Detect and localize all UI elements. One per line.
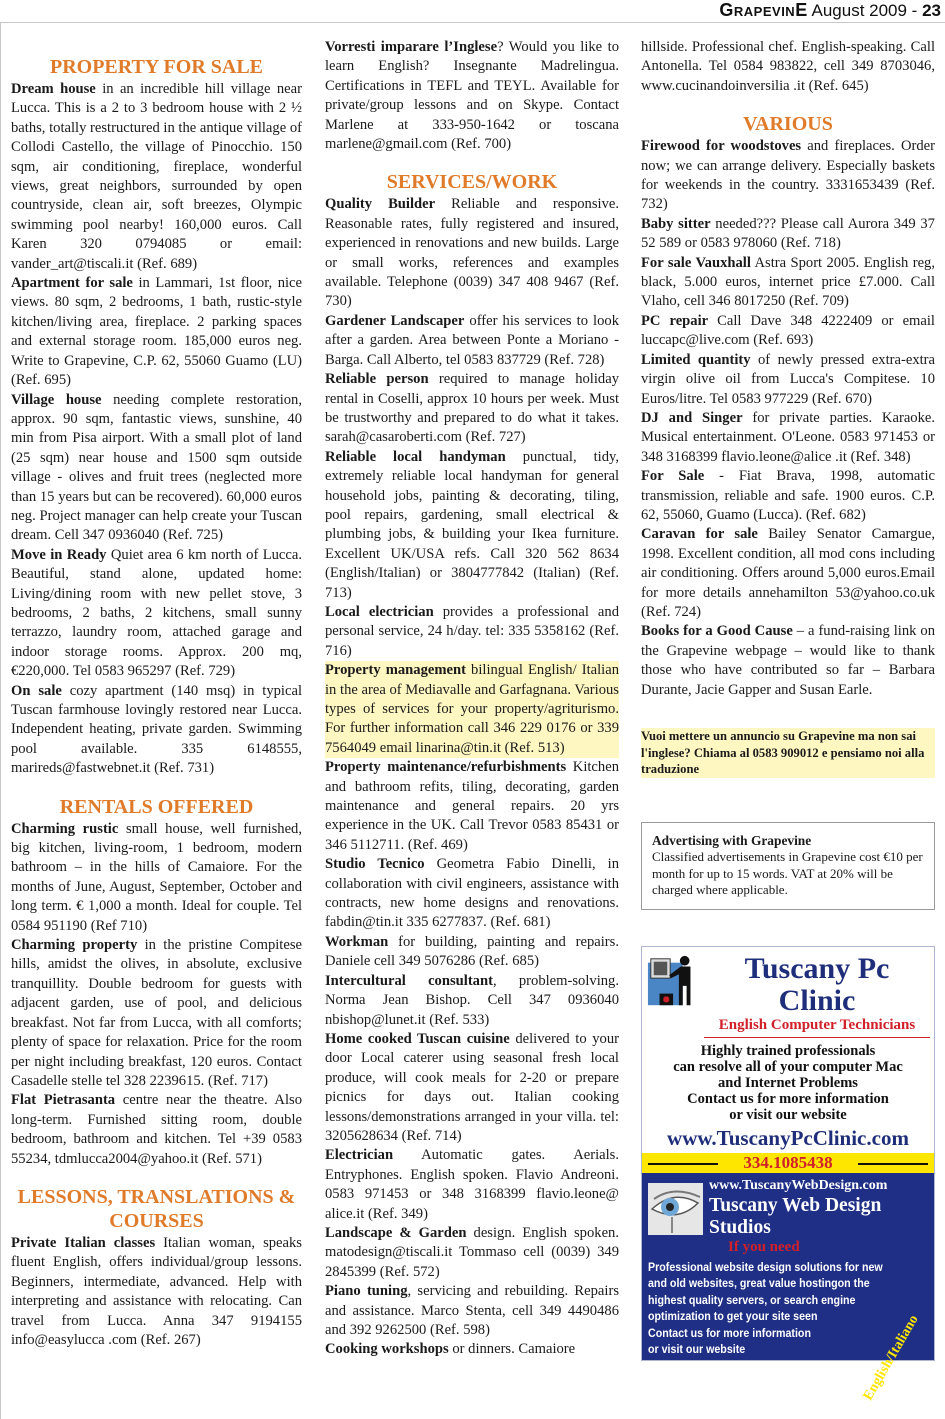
spacer (11, 779, 302, 795)
web-design-line: Contact us for more information (648, 1326, 924, 1343)
pc-clinic-line: or visit our website (646, 1107, 930, 1123)
classified-ad: Limited quantity of newly pressed extra-… (641, 351, 935, 409)
classified-ad: Quality Builder Reliable and responsive.… (325, 195, 619, 311)
classified-ad: Electrician Automatic gates. Aerials. En… (325, 1146, 619, 1224)
ad-title: Property maintenance/refurbishments (325, 759, 566, 775)
classified-ad: Dream house in an incredible hill villag… (11, 80, 302, 274)
pc-clinic-url: www.TuscanyPcClinic.com (642, 1125, 934, 1153)
column-2: Vorresti imparare l’Inglese? Would you l… (325, 22, 619, 1419)
ad-title: Gardener Landscaper (325, 313, 464, 329)
ad-text: Quiet area 6 km north of Lucca. Beautifu… (11, 547, 302, 679)
ad-title: Home cooked Tuscan cuisine (325, 1031, 510, 1047)
spacer (641, 96, 935, 112)
ad-text: delivered to your door Local caterer usi… (325, 1031, 619, 1144)
spacer (11, 1169, 302, 1185)
masthead: GrapevinE August 2009 - 23 (719, 0, 941, 20)
pc-clinic-phone: 334.1085438 (642, 1153, 934, 1173)
pc-clinic-line: and Internet Problems (646, 1075, 930, 1091)
classified-ad: Books for a Good Cause – a fund-raising … (641, 622, 935, 700)
publication-name: GrapevinE (719, 0, 807, 20)
advertising-box-text: Classified advertisements in Grapevine c… (652, 849, 924, 899)
classified-ad: For Sale - Fiat Brava, 1998, automatic t… (641, 467, 935, 525)
advertising-box-title: Advertising with Grapevine (652, 833, 924, 850)
ad-title: Village house (11, 392, 102, 408)
classified-ad: Apartment for sale in Lammari, 1st floor… (11, 274, 302, 390)
column-1: PROPERTY FOR SALE Dream house in an incr… (11, 22, 302, 1419)
classified-ad: Charming property in the pristine Compit… (11, 936, 302, 1091)
web-design-line: highest quality servers, or search engin… (648, 1293, 924, 1310)
classified-ad: Local electrician provides a professiona… (325, 603, 619, 661)
ad-text: ? Would you like to learn English? Inseg… (325, 39, 619, 152)
ad-text: needing complete restoration, approx. 90… (11, 392, 302, 544)
classified-ad: On sale cozy apartment (140 msq) in typi… (11, 682, 302, 779)
pc-clinic-line: Contact us for more information (646, 1091, 930, 1107)
ad-text: Reliable and responsive. Reasonable rate… (325, 196, 619, 309)
ad-title: Intercultural consultant (325, 973, 493, 989)
classified-ad-continued: hillside. Professional chef. English-spe… (641, 38, 935, 96)
pc-clinic-body: Highly trained professionals can resolve… (642, 1038, 934, 1125)
issue-date: August 2009 - (808, 1, 922, 20)
classified-ad: Intercultural consultant, problem-solvin… (325, 972, 619, 1030)
classified-ad: Piano tuning, servicing and rebuilding. … (325, 1282, 619, 1340)
classified-ad: PC repair Call Dave 348 4222409 or email… (641, 312, 935, 351)
web-design-url: www.TuscanyWebDesign.com (709, 1177, 928, 1195)
ad-text: punctual, tidy, extremely reliable local… (325, 449, 619, 601)
ad-title: Apartment for sale (11, 275, 133, 291)
web-design-advert: www.TuscanyWebDesign.com Tuscany Web Des… (642, 1173, 934, 1360)
ad-title: Studio Tecnico (325, 856, 425, 872)
ad-text: small house, well furnished, big kitchen… (11, 821, 302, 934)
ad-title: For Sale (641, 468, 704, 484)
spacer (325, 154, 619, 170)
ad-title: Piano tuning (325, 1283, 408, 1299)
classified-ad: Move in Ready Quiet area 6 km north of L… (11, 546, 302, 682)
ad-title: Dream house (11, 81, 96, 97)
eye-image-icon (648, 1183, 703, 1235)
section-heading-services-work: SERVICES/WORK (325, 170, 619, 194)
classified-ad: Flat Pietrasanta centre near the theatre… (11, 1091, 302, 1169)
ad-title: Charming property (11, 937, 137, 953)
section-heading-various: VARIOUS (641, 112, 935, 136)
classified-ad: Gardener Landscaper offer his services t… (325, 312, 619, 370)
computer-technician-icon (646, 953, 704, 1011)
classified-ad: Property maintenance/refurbishments Kitc… (325, 758, 619, 855)
ad-title: Cooking workshops (325, 1341, 449, 1357)
ad-title: Baby sitter (641, 216, 711, 232)
ad-title: Quality Builder (325, 196, 435, 212)
ad-title: PC repair (641, 313, 708, 329)
ad-title: Flat Pietrasanta (11, 1092, 115, 1108)
web-design-line: Professional website design solutions fo… (648, 1260, 924, 1277)
ad-title: DJ and Singer (641, 410, 743, 426)
ad-title: Property management (325, 662, 466, 678)
pc-clinic-subtitle: English Computer Technicians (704, 1017, 930, 1038)
section-heading-lessons: LESSONS, TRANSLATIONS & COURSES (11, 1185, 302, 1233)
ad-title: Firewood for woodstoves (641, 138, 801, 154)
classified-ad: Private Italian classes Italian woman, s… (11, 1234, 302, 1350)
page-number: 23 (922, 1, 941, 20)
column-3: hillside. Professional chef. English-spe… (641, 22, 935, 1419)
web-design-line: optimization to get your site seen (648, 1309, 924, 1326)
ad-title: Books for a Good Cause (641, 623, 793, 639)
classified-ad: Landscape & Garden design. English spoke… (325, 1224, 619, 1282)
classified-ad: Baby sitter needed??? Please call Aurora… (641, 215, 935, 254)
classified-ad: Workman for building, painting and repai… (325, 933, 619, 972)
ad-title: Electrician (325, 1147, 393, 1163)
classified-ad: Village house needing complete restorati… (11, 391, 302, 546)
classified-ad: Firewood for woodstoves and fireplaces. … (641, 137, 935, 215)
classified-ad: Reliable local handyman punctual, tidy, … (325, 448, 619, 603)
web-design-line: and old websites, great value hostingon … (648, 1276, 924, 1293)
classified-ad: Home cooked Tuscan cuisine delivered to … (325, 1030, 619, 1146)
pc-clinic-line: can resolve all of your computer Mac (646, 1059, 930, 1075)
ad-text: in an incredible hill village near Lucca… (11, 81, 302, 272)
classified-ad: Cooking workshops or dinners. Camaiore (325, 1340, 619, 1359)
ad-title: Move in Ready (11, 547, 106, 563)
ad-title: Landscape & Garden (325, 1225, 466, 1241)
ad-title: On sale (11, 683, 62, 699)
classified-ad: Charming rustic small house, well furnis… (11, 820, 302, 936)
ad-title: Charming rustic (11, 821, 118, 837)
classified-ad: Reliable person required to manage holid… (325, 370, 619, 448)
classified-ad: Vorresti imparare l’Inglese? Would you l… (325, 38, 619, 154)
ad-text: in Lammari, 1st floor, nice views. 80 sq… (11, 275, 302, 388)
classified-ad: Studio Tecnico Geometra Fabio Dinelli, i… (325, 855, 619, 933)
advertising-info-box: Advertising with Grapevine Classified ad… (641, 822, 935, 910)
ad-title: Caravan for sale (641, 526, 758, 542)
classified-ad: DJ and Singer for private parties. Karao… (641, 409, 935, 467)
ad-title: Reliable local handyman (325, 449, 506, 465)
web-design-body: Professional website design solutions fo… (648, 1260, 924, 1359)
translation-notice: Vuoi mettere un annuncio su Grapevine ma… (641, 728, 935, 778)
section-heading-rentals-offered: RENTALS OFFERED (11, 795, 302, 819)
pc-clinic-title: Tuscany Pc Clinic (704, 953, 930, 1017)
ad-title: Workman (325, 934, 388, 950)
ad-title: For sale Vauxhall (641, 255, 751, 271)
ad-text: in the pristine Compitese hills, amidst … (11, 937, 302, 1089)
pc-clinic-line: Highly trained professionals (646, 1043, 930, 1059)
ad-text: or dinners. Camaiore (449, 1341, 575, 1357)
ad-text: Italian woman, speaks fluent English, of… (11, 1235, 302, 1348)
ad-title: Local electrician (325, 604, 434, 620)
ad-title: Limited quantity (641, 352, 751, 368)
web-design-tagline: If you need (648, 1239, 928, 1256)
pc-clinic-advert: Tuscany Pc Clinic English Computer Techn… (641, 946, 935, 1361)
ad-title: Private Italian classes (11, 1235, 155, 1251)
classified-ad: For sale Vauxhall Astra Sport 2005. Engl… (641, 254, 935, 312)
section-heading-property-for-sale: PROPERTY FOR SALE (11, 55, 302, 79)
web-design-title: Tuscany Web Design Studios (709, 1195, 928, 1239)
classified-ad-highlighted: Property management bilingual English/ I… (325, 661, 619, 758)
ad-title: Vorresti imparare l’Inglese (325, 39, 497, 55)
ad-title: Reliable person (325, 371, 429, 387)
classified-ad: Caravan for sale Bailey Senator Camargue… (641, 525, 935, 622)
